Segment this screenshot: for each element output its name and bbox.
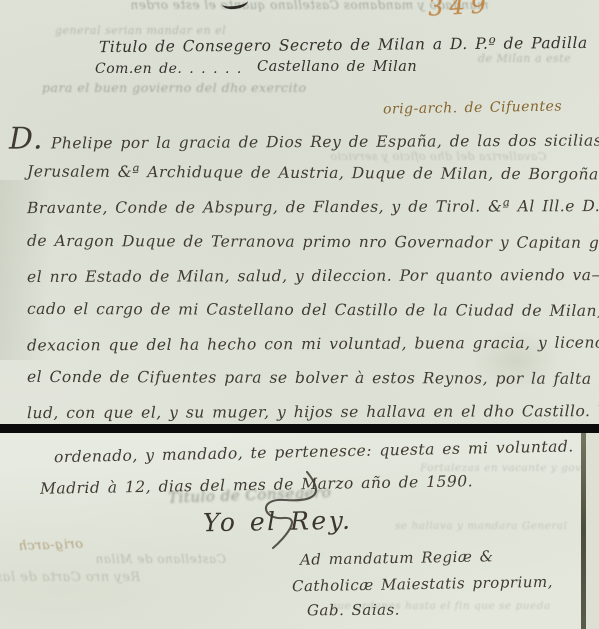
ghost-text: orig-arch: [18, 537, 84, 554]
manuscript-line: el Conde de Cifuentes para se bolver à e…: [27, 368, 599, 388]
ghost-text: para el buen govierno del dho exercito: [42, 80, 307, 95]
manuscript-line: lud, con que el, y su muger, y hijos se …: [27, 402, 599, 422]
manuscript-line: D. Phelipe por la gracia de Dios Rey de …: [9, 129, 599, 152]
ghost-text: de Milan a este: [478, 52, 571, 65]
ghost-text: se hallava y mandara General: [395, 520, 568, 532]
manuscript-line: el nro Estado de Milan, salud, y dilecci…: [27, 266, 599, 286]
folio-number: 349: [427, 0, 492, 22]
page-lower: Titulo de Consegero Castellano de Milan …: [0, 433, 599, 629]
page-upper: mandado y mandamos Castellano quanto el …: [0, 0, 599, 424]
ghost-text: Castellano de Milan: [95, 552, 226, 566]
manuscript-scan: mandado y mandamos Castellano quanto el …: [0, 0, 599, 629]
ghost-text: general serian mandar en el: [55, 24, 226, 37]
manuscript-line: de Aragon Duque de Terranova primo nro G…: [27, 232, 599, 252]
secretary-line: Catholicæ Maiestatis proprium,: [292, 573, 553, 596]
secretary-line: Ad mandatum Regiæ &: [300, 547, 494, 568]
ghost-text: Cavalleriza del dho oficio y servicio: [330, 150, 546, 163]
ghost-text: Rey nro Carta de las: [0, 570, 140, 585]
royal-signature: Yo el Rey.: [203, 506, 353, 538]
manuscript-line: Bravante, Conde de Abspurg, de Flandes, …: [27, 197, 599, 217]
manuscript-line: dexacion que del ha hecho con mi volunta…: [27, 333, 599, 354]
page-divider-bar: [0, 424, 599, 433]
page-edge-paper: [586, 433, 599, 629]
manuscript-line: Jerusalem &ª Archiduque de Austria, Duqu…: [27, 162, 599, 183]
secretary-line: Gab. Saias.: [307, 601, 400, 620]
header-commission-note: Com.en de. . . . . .: [95, 61, 242, 77]
page-edge-line: [581, 433, 586, 629]
header-role-note: Castellano de Milan: [257, 59, 417, 75]
manuscript-line: cado el cargo de mi Castellano del Casti…: [27, 300, 599, 320]
archive-note: orig-arch. de Cifuentes: [383, 98, 562, 117]
